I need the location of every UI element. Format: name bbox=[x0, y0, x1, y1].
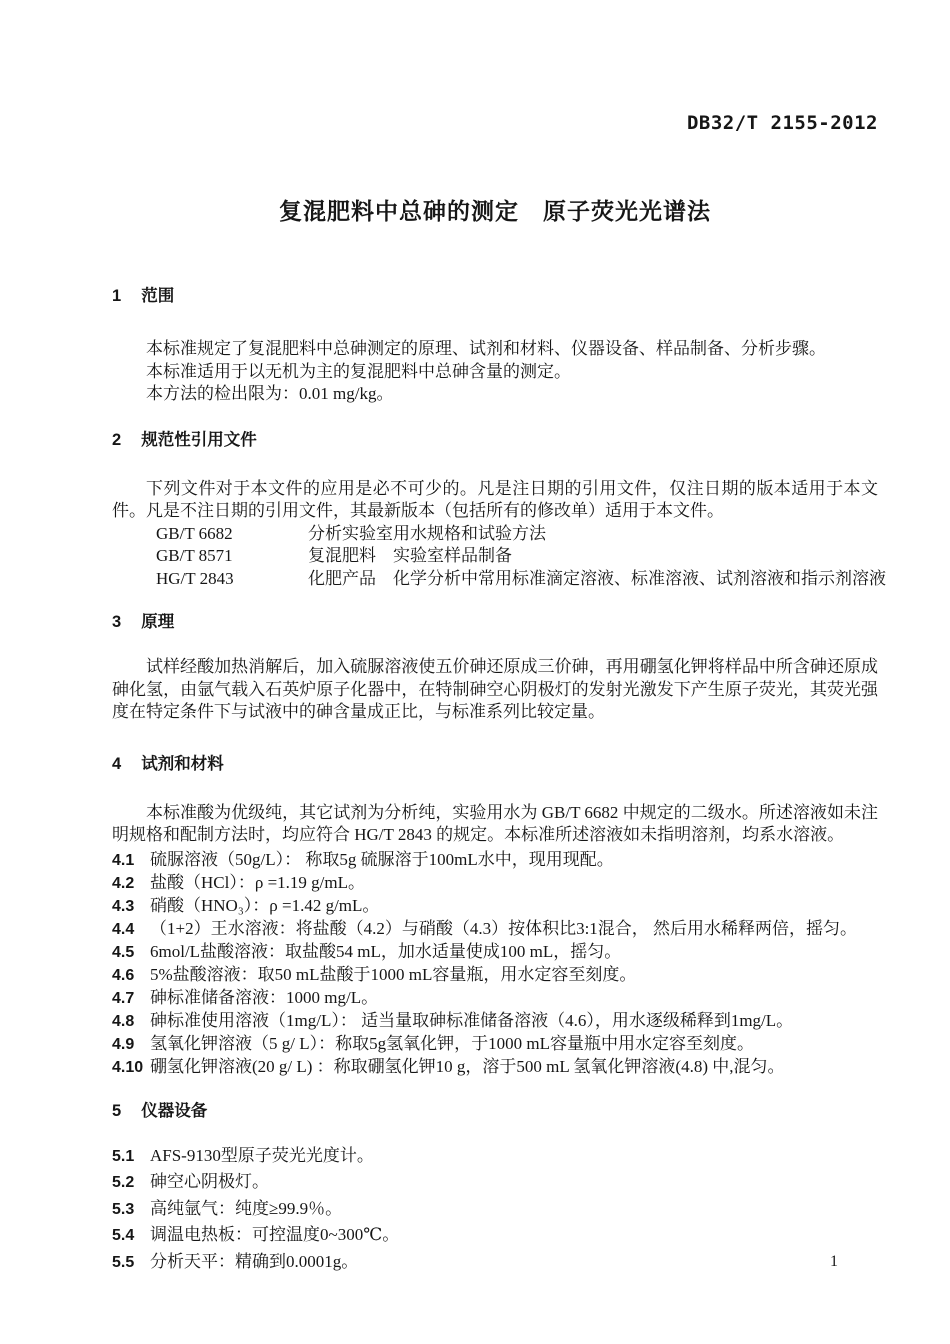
clause-number: 4.6 bbox=[112, 965, 150, 987]
clause-item: 5.4调温电热板：可控温度0~300℃。 bbox=[112, 1222, 878, 1249]
section-body: 本标准规定了复混肥料中总砷测定的原理、试剂和材料、仪器设备、样品制备、分析步骤。… bbox=[112, 338, 878, 406]
clause-number: 4.3 bbox=[112, 896, 150, 918]
section-principle: 3原理 试样经酸加热消解后，加入硫脲溶液使五价砷还原成三价砷，再用硼氢化钾将样品… bbox=[112, 612, 878, 724]
section-scope: 1范围 本标准规定了复混肥料中总砷测定的原理、试剂和材料、仪器设备、样品制备、分… bbox=[112, 286, 878, 406]
clause-text: 盐酸（HCl）：ρ =1.19 g/mL。 bbox=[150, 872, 878, 894]
clause-number: 4.9 bbox=[112, 1034, 150, 1056]
clause-text: 硫脲溶液（50g/L）： 称取5g 硫脲溶于100mL水中，现用现配。 bbox=[150, 849, 878, 871]
clause-item: 4.7砷标准储备溶液：1000 mg/L。 bbox=[112, 987, 878, 1010]
paragraph: 本方法的检出限为：0.01 mg/kg。 bbox=[112, 383, 878, 406]
section-heading: 4试剂和材料 bbox=[112, 754, 878, 774]
section-title: 原理 bbox=[141, 613, 174, 631]
standard-code-header: DB32/T 2155-2012 bbox=[112, 112, 878, 134]
section-heading: 5仪器设备 bbox=[112, 1101, 878, 1121]
clause-item: 4.2盐酸（HCl）：ρ =1.19 g/mL。 bbox=[112, 872, 878, 895]
clause-text: 硝酸（HNO₃）：ρ =1.42 g/mL。 bbox=[150, 895, 878, 917]
clause-number: 4.2 bbox=[112, 873, 150, 895]
clause-number: 4.5 bbox=[112, 942, 150, 964]
section-heading: 2规范性引用文件 bbox=[112, 430, 878, 450]
clause-number: 5.2 bbox=[112, 1170, 150, 1196]
reference-title: 复混肥料 实验室样品制备 bbox=[308, 546, 512, 565]
reference-code: GB/T 8571 bbox=[156, 545, 308, 568]
clause-item: 4.4（1+2）王水溶液：将盐酸（4.2）与硝酸（4.3）按体积比3:1混合， … bbox=[112, 918, 878, 941]
reference-code: HG/T 2843 bbox=[156, 568, 308, 591]
paragraph: 本标准规定了复混肥料中总砷测定的原理、试剂和材料、仪器设备、样品制备、分析步骤。 bbox=[112, 338, 878, 361]
clause-number: 5.5 bbox=[112, 1250, 150, 1276]
section-number: 3 bbox=[112, 612, 121, 632]
clause-item: 4.56mol/L盐酸溶液：取盐酸54 mL，加水适量使成100 mL，摇匀。 bbox=[112, 941, 878, 964]
clause-number: 4.7 bbox=[112, 988, 150, 1010]
clause-text: （1+2）王水溶液：将盐酸（4.2）与硝酸（4.3）按体积比3:1混合， 然后用… bbox=[150, 918, 878, 940]
clause-item: 5.1AFS-9130型原子荧光光度计。 bbox=[112, 1143, 878, 1170]
clause-item: 5.2砷空心阴极灯。 bbox=[112, 1169, 878, 1196]
reference-row: GB/T 6682分析实验室用水规格和试验方法 bbox=[112, 523, 878, 546]
section-title: 仪器设备 bbox=[141, 1102, 207, 1120]
clause-number: 5.3 bbox=[112, 1197, 150, 1223]
section-title: 规范性引用文件 bbox=[141, 431, 257, 449]
clause-text: 分析天平：精确到0.0001g。 bbox=[150, 1249, 878, 1275]
clause-list: 5.1AFS-9130型原子荧光光度计。 5.2砷空心阴极灯。 5.3高纯氩气：… bbox=[112, 1143, 878, 1276]
clause-list: 4.1硫脲溶液（50g/L）： 称取5g 硫脲溶于100mL水中，现用现配。 4… bbox=[112, 849, 878, 1079]
reference-row: GB/T 8571复混肥料 实验室样品制备 bbox=[112, 545, 878, 568]
section-body: 本标准酸为优级纯，其它试剂为分析纯，实验用水为 GB/T 6682 中规定的二级… bbox=[112, 802, 878, 1079]
paragraph: 本标准酸为优级纯，其它试剂为分析纯，实验用水为 GB/T 6682 中规定的二级… bbox=[112, 802, 878, 847]
section-normative-references: 2规范性引用文件 下列文件对于本文件的应用是必不可少的。凡是注日期的引用文件，仅… bbox=[112, 430, 878, 591]
clause-text: 氢氧化钾溶液（5 g/ L）：称取5g氢氧化钾，于1000 mL容量瓶中用水定容… bbox=[150, 1033, 878, 1055]
page-number: 1 bbox=[830, 1252, 838, 1272]
document-page: DB32/T 2155-2012 复混肥料中总砷的测定 原子荧光光谱法 1范围 … bbox=[0, 0, 950, 1344]
clause-item: 5.3高纯氩气：纯度≥99.9％。 bbox=[112, 1196, 878, 1223]
clause-text: 5%盐酸溶液：取50 mL盐酸于1000 mL容量瓶，用水定容至刻度。 bbox=[150, 964, 878, 986]
clause-text: 调温电热板：可控温度0~300℃。 bbox=[150, 1222, 878, 1248]
document-title: 复混肥料中总砷的测定 原子荧光光谱法 bbox=[112, 196, 878, 226]
clause-item: 4.65%盐酸溶液：取50 mL盐酸于1000 mL容量瓶，用水定容至刻度。 bbox=[112, 964, 878, 987]
clause-text: AFS-9130型原子荧光光度计。 bbox=[150, 1143, 878, 1169]
clause-number: 4.4 bbox=[112, 919, 150, 941]
paragraph: 下列文件对于本文件的应用是必不可少的。凡是注日期的引用文件，仅注日期的版本适用于… bbox=[112, 478, 878, 523]
reference-title: 化肥产品 化学分析中常用标准滴定溶液、标准溶液、试剂溶液和指示剂溶液 bbox=[308, 569, 886, 588]
section-body: 下列文件对于本文件的应用是必不可少的。凡是注日期的引用文件，仅注日期的版本适用于… bbox=[112, 478, 878, 591]
reference-title: 分析实验室用水规格和试验方法 bbox=[308, 524, 546, 543]
paragraph: 试样经酸加热消解后，加入硫脲溶液使五价砷还原成三价砷，再用硼氢化钾将样品中所含砷… bbox=[112, 656, 878, 724]
clause-text: 砷标准使用溶液（1mg/L）： 适当量取砷标准储备溶液（4.6），用水逐级稀释到… bbox=[150, 1010, 878, 1032]
section-instruments: 5仪器设备 5.1AFS-9130型原子荧光光度计。 5.2砷空心阴极灯。 5.… bbox=[112, 1101, 878, 1276]
clause-text: 砷空心阴极灯。 bbox=[150, 1169, 878, 1195]
section-number: 5 bbox=[112, 1101, 121, 1121]
section-number: 2 bbox=[112, 430, 121, 450]
clause-number: 5.4 bbox=[112, 1223, 150, 1249]
clause-number: 5.1 bbox=[112, 1144, 150, 1170]
section-number: 1 bbox=[112, 286, 121, 306]
section-heading: 3原理 bbox=[112, 612, 878, 632]
clause-item: 5.5分析天平：精确到0.0001g。 bbox=[112, 1249, 878, 1276]
paragraph: 本标准适用于以无机为主的复混肥料中总砷含量的测定。 bbox=[112, 361, 878, 384]
section-reagents-materials: 4试剂和材料 本标准酸为优级纯，其它试剂为分析纯，实验用水为 GB/T 6682… bbox=[112, 754, 878, 1079]
clause-item: 4.9氢氧化钾溶液（5 g/ L）：称取5g氢氧化钾，于1000 mL容量瓶中用… bbox=[112, 1033, 878, 1056]
section-title: 范围 bbox=[141, 287, 174, 305]
reference-row: HG/T 2843化肥产品 化学分析中常用标准滴定溶液、标准溶液、试剂溶液和指示… bbox=[112, 568, 878, 591]
section-title: 试剂和材料 bbox=[141, 755, 224, 773]
section-number: 4 bbox=[112, 754, 121, 774]
clause-number: 4.8 bbox=[112, 1011, 150, 1033]
clause-item: 4.10硼氢化钾溶液(20 g/ L) ：称取硼氢化钾10 g，溶于500 mL… bbox=[112, 1056, 878, 1079]
section-heading: 1范围 bbox=[112, 286, 878, 306]
section-body: 试样经酸加热消解后，加入硫脲溶液使五价砷还原成三价砷，再用硼氢化钾将样品中所含砷… bbox=[112, 656, 878, 724]
reference-code: GB/T 6682 bbox=[156, 523, 308, 546]
clause-item: 4.8砷标准使用溶液（1mg/L）： 适当量取砷标准储备溶液（4.6），用水逐级… bbox=[112, 1010, 878, 1033]
clause-item: 4.1硫脲溶液（50g/L）： 称取5g 硫脲溶于100mL水中，现用现配。 bbox=[112, 849, 878, 872]
clause-item: 4.3硝酸（HNO₃）：ρ =1.42 g/mL。 bbox=[112, 895, 878, 918]
clause-text: 砷标准储备溶液：1000 mg/L。 bbox=[150, 987, 878, 1009]
clause-number: 4.1 bbox=[112, 850, 150, 872]
clause-text: 高纯氩气：纯度≥99.9％。 bbox=[150, 1196, 878, 1222]
clause-text: 6mol/L盐酸溶液：取盐酸54 mL，加水适量使成100 mL，摇匀。 bbox=[150, 941, 878, 963]
clause-text: 硼氢化钾溶液(20 g/ L) ：称取硼氢化钾10 g，溶于500 mL 氢氧化… bbox=[150, 1056, 878, 1078]
clause-number: 4.10 bbox=[112, 1057, 150, 1079]
